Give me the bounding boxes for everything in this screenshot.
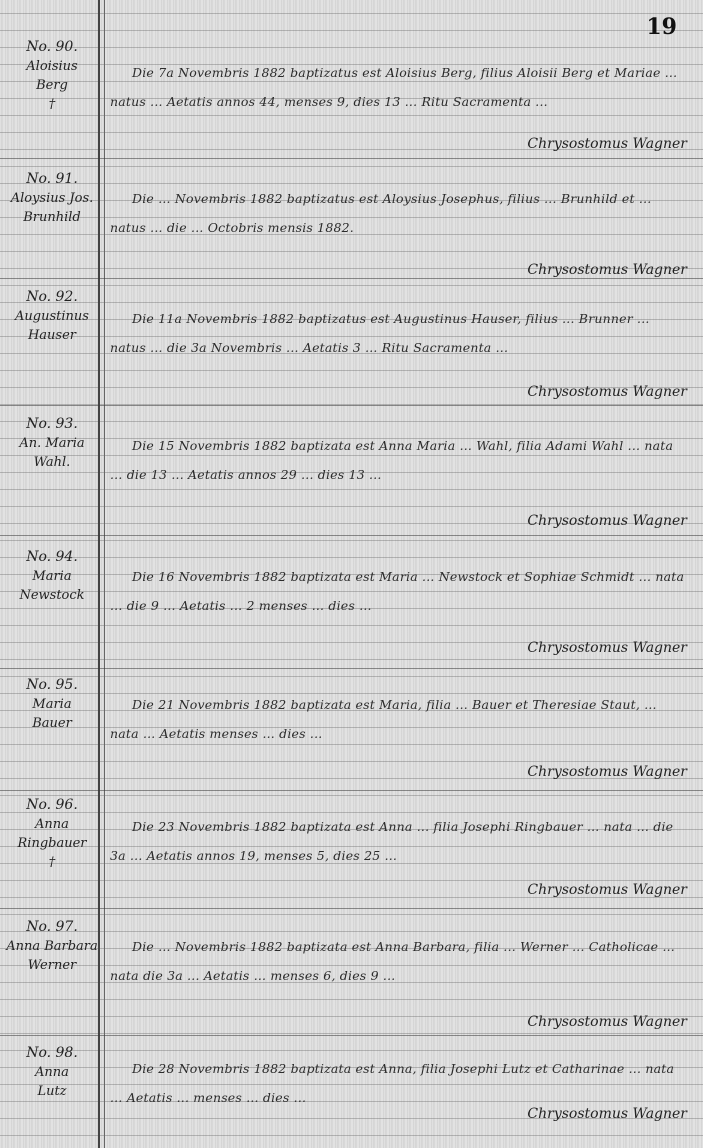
margin-column-rule xyxy=(98,0,100,1148)
entry-text: Die 7a Novembris 1882 baptizatus est Alo… xyxy=(110,58,687,116)
entry-signature: Chrysostomus Wagner xyxy=(527,513,687,529)
entry-name-last: Brunhild xyxy=(6,208,98,227)
entry-name-first: Anna xyxy=(6,1063,98,1082)
entry-name-first: Aloysius Jos. xyxy=(6,189,98,208)
entry-signature: Chrysostomus Wagner xyxy=(527,262,687,278)
entry-divider xyxy=(0,1035,703,1036)
entry-name-last: Wahl. xyxy=(6,453,98,472)
entry-divider xyxy=(0,158,703,159)
entry-number: No. 91. xyxy=(6,170,98,189)
entry-number: No. 97. xyxy=(6,918,98,937)
entry-margin: No. 97. Anna Barbara Werner xyxy=(6,918,98,975)
entry-number: No. 90. xyxy=(6,38,98,57)
entry-name-first: Aloisius xyxy=(6,57,98,76)
entry-margin: No. 92. Augustinus Hauser xyxy=(6,288,98,345)
entry-divider xyxy=(0,278,703,279)
entry-name-first: An. Maria xyxy=(6,434,98,453)
entry-margin: No. 96. Anna Ringbauer † xyxy=(6,796,98,872)
entry-name-last: Berg xyxy=(6,76,98,95)
entry-number: No. 96. xyxy=(6,796,98,815)
entry-name-last: Ringbauer xyxy=(6,834,98,853)
entry-name-first: Anna xyxy=(6,815,98,834)
entry-number: No. 98. xyxy=(6,1044,98,1063)
entry-margin: No. 98. Anna Lutz xyxy=(6,1044,98,1101)
entry-name-last: Bauer xyxy=(6,714,98,733)
entry-name-first: Maria xyxy=(6,695,98,714)
entry-text: Die 16 Novembris 1882 baptizata est Mari… xyxy=(110,562,687,620)
entry-margin: No. 93. An. Maria Wahl. xyxy=(6,415,98,472)
entry-margin: No. 91. Aloysius Jos. Brunhild xyxy=(6,170,98,227)
entry-margin: No. 94. Maria Newstock xyxy=(6,548,98,605)
entry-signature: Chrysostomus Wagner xyxy=(527,1014,687,1030)
entry-divider xyxy=(0,535,703,536)
entry-signature: Chrysostomus Wagner xyxy=(527,1106,687,1122)
entry-signature: Chrysostomus Wagner xyxy=(527,136,687,152)
entry-margin: No. 95. Maria Bauer xyxy=(6,676,98,733)
entry-divider xyxy=(0,405,703,406)
register-page: 19 No. 90. Aloisius Berg † Die 7a Novemb… xyxy=(0,0,703,1148)
entry-text: Die 11a Novembris 1882 baptizatus est Au… xyxy=(110,304,687,362)
entry-divider xyxy=(0,668,703,669)
entry-name-last: Werner xyxy=(6,956,98,975)
entry-text: Die ... Novembris 1882 baptizatus est Al… xyxy=(110,184,687,242)
entry-signature: Chrysostomus Wagner xyxy=(527,764,687,780)
entry-text: Die 28 Novembris 1882 baptizata est Anna… xyxy=(110,1054,687,1112)
entry-mark: † xyxy=(6,95,98,114)
entry-signature: Chrysostomus Wagner xyxy=(527,882,687,898)
page-number: 19 xyxy=(646,14,677,40)
entry-divider xyxy=(0,790,703,791)
entry-name-last: Newstock xyxy=(6,586,98,605)
margin-column-rule-outer xyxy=(104,0,105,1148)
entry-text: Die 15 Novembris 1882 baptizata est Anna… xyxy=(110,431,687,489)
entry-margin: No. 90. Aloisius Berg † xyxy=(6,38,98,114)
entry-text: Die ... Novembris 1882 baptizata est Ann… xyxy=(110,932,687,990)
entry-name-first: Maria xyxy=(6,567,98,586)
entry-divider xyxy=(0,908,703,909)
entry-name-last: Hauser xyxy=(6,326,98,345)
entry-number: No. 92. xyxy=(6,288,98,307)
entry-signature: Chrysostomus Wagner xyxy=(527,640,687,656)
entry-text: Die 23 Novembris 1882 baptizata est Anna… xyxy=(110,812,687,870)
entry-number: No. 93. xyxy=(6,415,98,434)
entry-name-first: Anna Barbara xyxy=(6,937,98,956)
entry-name-last: Lutz xyxy=(6,1082,98,1101)
entry-mark: † xyxy=(6,853,98,872)
entry-number: No. 94. xyxy=(6,548,98,567)
entry-signature: Chrysostomus Wagner xyxy=(527,384,687,400)
entry-text: Die 21 Novembris 1882 baptizata est Mari… xyxy=(110,690,687,748)
entry-number: No. 95. xyxy=(6,676,98,695)
entry-name-first: Augustinus xyxy=(6,307,98,326)
